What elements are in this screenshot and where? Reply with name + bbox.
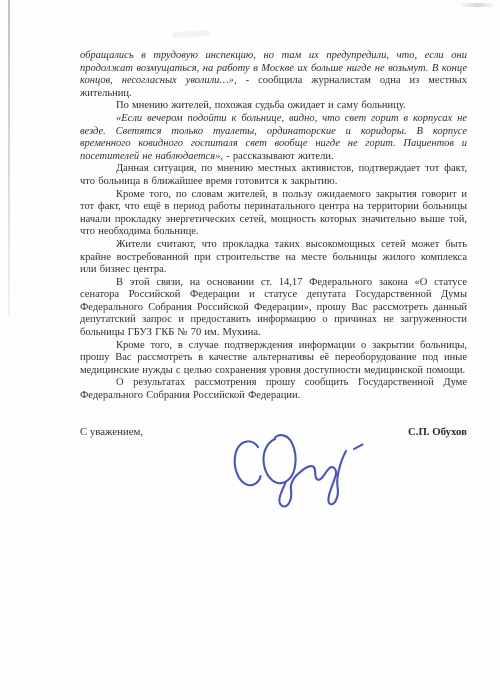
paragraph-segment: О результатах рассмотрения прошу сообщит…	[80, 377, 467, 401]
signature-stroke-dash	[354, 445, 363, 450]
handwritten-signature	[225, 430, 373, 514]
paragraph: Кроме того, в случае подтверждения инфор…	[80, 340, 467, 378]
paragraph: Жители считают, что прокладка таких высо…	[80, 239, 467, 277]
paragraph-segment: - рассказывают жители.	[226, 151, 333, 162]
letter-page: обращались в трудовую инспекцию, но там …	[0, 0, 500, 700]
paragraph: «Если вечером подойти к больнице, видно,…	[80, 113, 467, 163]
paragraph-segment: По мнению жителей, похожая судьба ожидае…	[116, 100, 406, 111]
paragraph-segment: Кроме того, по словам жителей, в пользу …	[80, 189, 467, 238]
closing-salutation: С уважением,	[80, 426, 143, 438]
scan-artifact-top-right	[460, 3, 494, 7]
paragraph-segment: В этой связи, на основании ст. 14,17 Фед…	[80, 277, 467, 338]
signature-stroke-o	[263, 435, 295, 483]
signature-stroke-middle	[298, 451, 346, 504]
paragraph: Данная ситуация, по мнению местных актив…	[80, 163, 467, 188]
paragraph-segment: Жители считают, что прокладка таких высо…	[80, 239, 467, 275]
paragraph: обращались в трудовую инспекцию, но там …	[80, 50, 467, 100]
scan-artifact-left-line	[8, 0, 10, 316]
paragraph: Кроме того, по словам жителей, в пользу …	[80, 189, 467, 239]
paragraph: О результатах рассмотрения прошу сообщит…	[80, 377, 467, 402]
signature-svg	[225, 430, 373, 514]
signature-stroke-c	[235, 441, 261, 485]
paragraph-segment: Данная ситуация, по мнению местных актив…	[80, 163, 467, 187]
paragraph: По мнению жителей, похожая судьба ожидае…	[80, 100, 467, 113]
signer-name: С.П. Обухов	[408, 426, 467, 438]
paragraph-segment: Кроме того, в случае подтверждения инфор…	[80, 340, 467, 376]
scan-artifact-mid	[172, 30, 210, 38]
letter-body: обращались в трудовую инспекцию, но там …	[80, 50, 467, 403]
paragraph: В этой связи, на основании ст. 14,17 Фед…	[80, 277, 467, 340]
